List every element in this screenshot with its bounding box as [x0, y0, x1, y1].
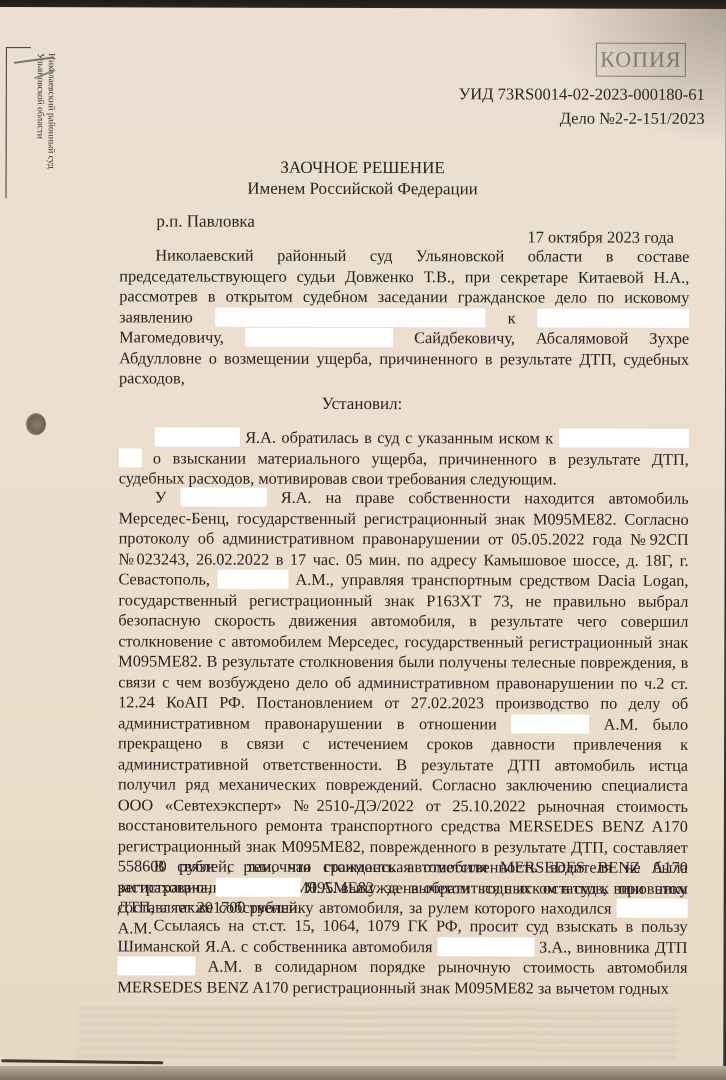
- redaction: Шамилова: [117, 956, 195, 975]
- text: А.М., управляя транспортным средством Da…: [118, 570, 688, 733]
- redaction: Шамилова: [511, 714, 589, 733]
- document-title: ЗАОЧНОЕ РЕШЕНИЕ: [0, 157, 726, 179]
- redaction: Шиманская: [155, 427, 240, 446]
- document-subtitle: Именем Российской Федерации: [0, 178, 726, 200]
- case-number: Дело №2-2-151/2023: [560, 109, 705, 129]
- redaction: Шамилову Арсену: [538, 308, 690, 327]
- paragraph: Ссылаясь на ст.ст. 15, 1064, 1079 ГК РФ,…: [117, 915, 687, 998]
- punch-hole-icon: [26, 413, 46, 435]
- text: Магомедовичу,: [119, 327, 245, 346]
- document-page: Николаевский районный суд Ульяновской об…: [0, 7, 726, 1071]
- decision-date: 17 октября 2023 года: [527, 227, 674, 247]
- redaction: Абсалямовой: [438, 937, 535, 956]
- text: А.М. в солидарном порядке рыночную стоим…: [117, 957, 687, 998]
- redaction: Шамилов: [617, 899, 688, 918]
- place: р.п. Павловка: [156, 211, 255, 231]
- paragraph: У Шиманской Я.А. на праве собственности …: [118, 487, 689, 919]
- redaction: Шамилов: [217, 570, 288, 589]
- text: У: [155, 487, 181, 506]
- redaction: Шиманской Яны Александровны: [215, 307, 486, 327]
- bleed-through-table: [77, 1007, 677, 1059]
- intro-paragraph: Николаевский районный суд Ульяновской об…: [119, 245, 689, 390]
- redaction: Шиманской: [180, 488, 266, 507]
- background-edge: [0, 1066, 726, 1080]
- paragraph: Шиманская Я.А. обратилась в суд с указан…: [119, 427, 689, 490]
- text: Я.А. обратилась в суд с указанным иском …: [240, 428, 559, 448]
- text: к: [486, 308, 538, 327]
- pen-mark: [1, 1059, 163, 1064]
- side-stamp-line2: Ульяновской области: [35, 53, 45, 139]
- copy-stamp: КОПИЯ: [596, 43, 686, 77]
- section-heading: Установил:: [0, 393, 725, 415]
- text: З.А., виновника ДТП: [534, 937, 688, 956]
- case-uid: УИД 73RS0014-02-2023-000180-61: [459, 84, 705, 105]
- redaction: Шиманская: [216, 877, 301, 896]
- redaction: Мамедову Тимуру: [245, 328, 393, 347]
- text: о взыскании материального ущерба, причин…: [119, 448, 689, 489]
